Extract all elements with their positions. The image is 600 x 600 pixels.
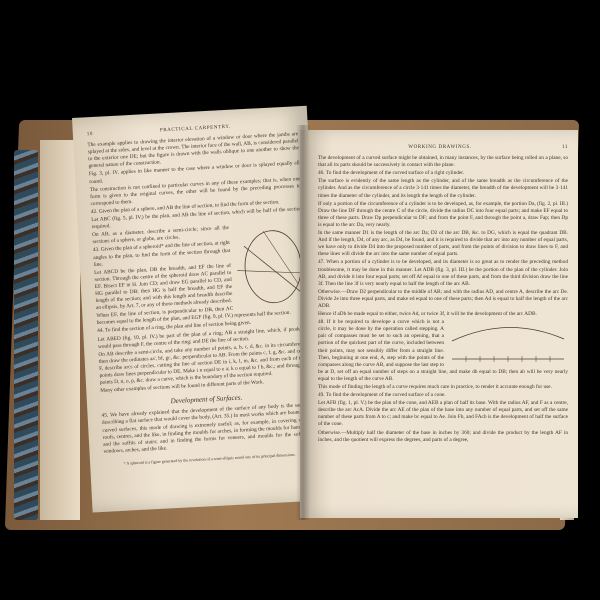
paragraph: The surface is evidently of the same len… <box>318 178 568 199</box>
right-page: WORKING DRAWINGS. 11 The development of … <box>300 130 578 518</box>
curve-stepping-figure <box>448 321 568 365</box>
left-page: 10 PRACTICAL CARPENTRY. The example appl… <box>72 106 327 513</box>
paragraph: Otherwise.—Multiply half the diameter of… <box>318 430 568 444</box>
paragraph: Otherwise.—Draw D2 perpendicular to the … <box>318 289 568 310</box>
page-block-left <box>40 140 80 520</box>
paragraph: 47. When a portion of a cylinder is to b… <box>318 259 568 287</box>
paragraph: If only a portion of the circumference o… <box>318 201 568 229</box>
page-number: 11 <box>562 144 568 151</box>
paragraph: In the same manner D1 is the length of t… <box>318 230 568 258</box>
paragraph: 45. We have already explained that the d… <box>101 402 314 456</box>
running-head: WORKING DRAWINGS. <box>318 144 562 151</box>
paragraph: Let AFB (fig. 1, pl. V.) be the plan of … <box>318 400 568 428</box>
paragraph: Hence if aDb be made equal to either, tw… <box>318 311 568 318</box>
paragraph: 49. To find the development of the curve… <box>318 392 568 399</box>
paragraph: This mode of finding the length of a cur… <box>318 384 568 391</box>
paragraph: 46. To find the development of the curve… <box>318 170 568 177</box>
marbled-edge <box>14 150 38 520</box>
book-gutter <box>296 125 310 520</box>
paragraph: The development of a curved surface migh… <box>318 155 568 169</box>
